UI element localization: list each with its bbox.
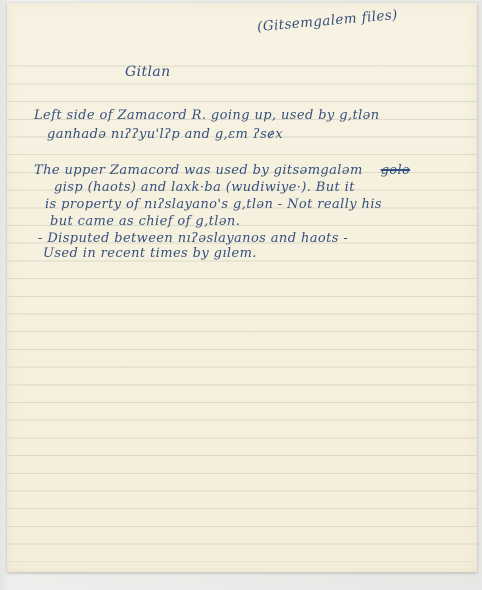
handwritten-text: The upper Zamacord was used by gitsǝmgal…	[34, 163, 363, 178]
file-annotation: (Gitsemgalem files)	[257, 9, 399, 35]
handwritten-line: Used in recent times by gılem.	[43, 247, 257, 260]
handwritten-line: - Disputed between nıʔǝslayanos and haot…	[38, 232, 348, 245]
note-heading: Gitlan	[125, 65, 171, 79]
crossed-out-word: gǝlǝ	[381, 163, 410, 178]
notebook-page: (Gitsemgalem files) Gitlan Left side of …	[7, 3, 477, 572]
handwritten-line: but came as chief of g,tlǝn.	[50, 215, 240, 228]
ruled-lines	[7, 49, 477, 562]
handwritten-line: ganhadǝ nıʔʔyu'lʔp and g,ɛm ʔsɇx	[47, 128, 283, 141]
handwritten-line: Left side of Zamacord R. going up, used …	[34, 109, 380, 122]
handwritten-line: gisp (haots) and laxk·ba (wudiwiye·). Bu…	[54, 181, 355, 194]
handwritten-line: The upper Zamacord was used by gitsǝmgal…	[34, 164, 410, 177]
handwritten-line: is property of nıʔslayano's g,tlǝn - Not…	[45, 198, 382, 211]
